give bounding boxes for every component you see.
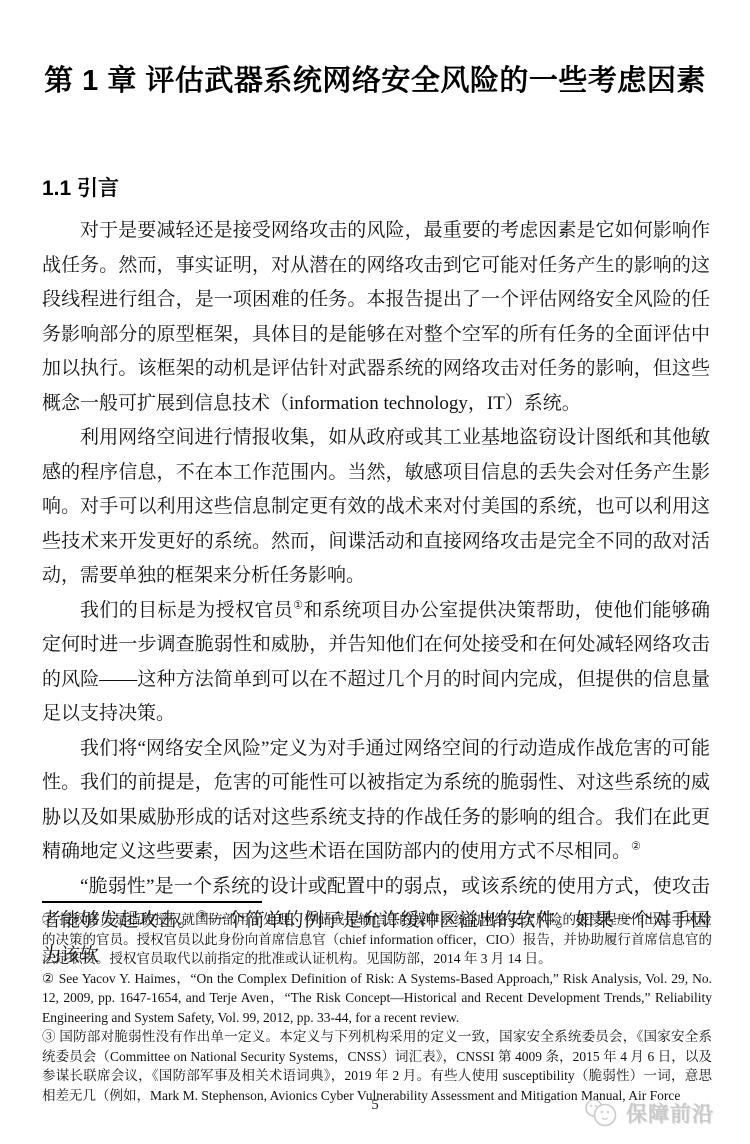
watermark: 保障前沿 xyxy=(583,1098,714,1128)
section-heading: 1.1 引言 xyxy=(42,172,119,202)
footnote-separator xyxy=(42,901,262,903)
watermark-text: 保障前沿 xyxy=(626,1098,714,1128)
footnote-1: ① 授权官员是指被授权就国防部用于处理、存储或传输信息的操作系统的网络安全风险的… xyxy=(42,910,712,969)
watermark-mascot-icon xyxy=(583,1098,621,1128)
footnote-area: ① 授权官员是指被授权就国防部用于处理、存储或传输信息的操作系统的网络安全风险的… xyxy=(42,901,712,1105)
footnote-3: ③ 国防部对脆弱性没有作出单一定义。本定义与下列机构采用的定义一致，国家安全系统… xyxy=(42,1027,712,1105)
footnote-ref-2: ② xyxy=(631,841,641,853)
footnote-ref-1: ① xyxy=(293,599,303,611)
footnote-2: ② See Yacov Y. Haimes，“On the Complex De… xyxy=(42,969,712,1028)
paragraph-4: 我们将“网络安全风险”定义为对手通过网络空间的行动造成作战危害的可能性。我们的前… xyxy=(42,732,710,870)
document-page: 第 1 章 评估武器系统网络安全风险的一些考虑因素 1.1 引言 对于是要减轻还… xyxy=(0,0,750,1144)
chapter-title: 第 1 章 评估武器系统网络安全风险的一些考虑因素 xyxy=(0,58,750,99)
paragraph-2-text: 利用网络空间进行情报收集，如从政府或其工业基地盗窃设计图纸和其他敏感的程序信息，… xyxy=(42,427,710,586)
body-text: 对于是要减轻还是接受网络攻击的风险，最重要的考虑因素是它如何影响作战任务。然而，… xyxy=(42,214,710,973)
paragraph-4-text: 我们将“网络安全风险”定义为对手通过网络空间的行动造成作战危害的可能性。我们的前… xyxy=(42,738,710,863)
paragraph-3-text: 我们的目标是为授权官员 xyxy=(80,600,293,621)
paragraph-2: 利用网络空间进行情报收集，如从政府或其工业基地盗窃设计图纸和其他敏感的程序信息，… xyxy=(42,421,710,594)
paragraph-3: 我们的目标是为授权官员①和系统项目办公室提供决策帮助，使他们能够确定何时进一步调… xyxy=(42,594,710,732)
paragraph-1-text: 对于是要减轻还是接受网络攻击的风险，最重要的考虑因素是它如何影响作战任务。然而，… xyxy=(42,220,710,414)
paragraph-1: 对于是要减轻还是接受网络攻击的风险，最重要的考虑因素是它如何影响作战任务。然而，… xyxy=(42,214,710,421)
